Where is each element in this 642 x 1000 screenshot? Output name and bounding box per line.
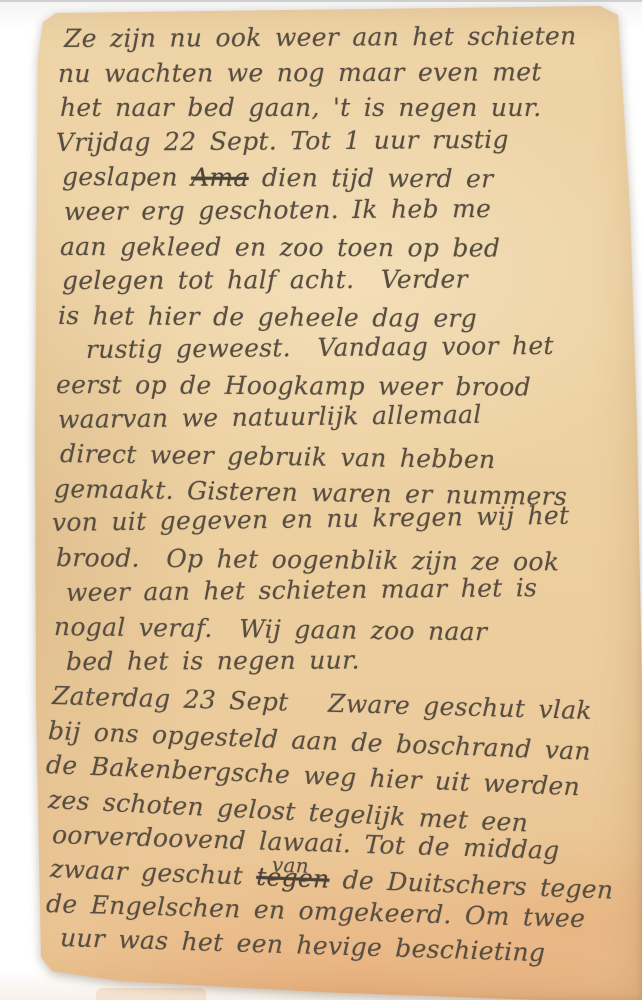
handwriting-line: Vrijdag 22 Sept. Tot 1 uur rustig — [56, 124, 624, 163]
handwriting-text: direct weer gebruik van hebben — [60, 439, 496, 474]
diary-page-paper: Ze zijn nu ook weer aan het schietennu w… — [0, 0, 642, 1000]
handwriting-text: nogal veraf. Wij gaan zoo naar — [54, 612, 487, 646]
handwriting-text: gelegen tot half acht. Verder — [62, 265, 468, 295]
inserted-correction-word: van — [272, 853, 273, 877]
handwriting-text: Ze zijn nu ook weer aan het schieten — [64, 21, 577, 53]
handwriting-text: zwaar geschut — [50, 854, 257, 891]
handwriting-text: von uit gegeven en nu kregen wij het — [52, 501, 570, 537]
handwriting-text: rustig geweest. Vandaag voor het — [86, 331, 554, 364]
handwriting-text: waarvan we natuurlijk allemaal — [58, 399, 482, 433]
handwriting-line: rustig geweest. Vandaag voor het — [86, 331, 624, 370]
handwriting-text: brood. Op het oogenblik zijn ze ook — [56, 543, 559, 576]
handwriting-text: is het hier de geheele dag erg — [58, 301, 477, 333]
handwriting-line: Ze zijn nu ook weer aan het schieten — [64, 21, 624, 59]
handwriting-text: weer aan het schieten maar het is — [66, 573, 538, 607]
handwriting-line: waarvan we natuurlijk allemaal — [58, 398, 624, 440]
handwriting-text: nu wachten we nog maar even met — [58, 57, 542, 88]
paper-shadow-wrap: Ze zijn nu ook weer aan het schietennu w… — [0, 0, 642, 1000]
handwriting-lines: Ze zijn nu ook weer aan het schietennu w… — [58, 24, 624, 958]
handwriting-text: eerst op de Hoogkamp weer brood — [56, 370, 531, 401]
handwriting-line: weer erg geschoten. Ik heb me — [64, 193, 624, 232]
handwriting-text: Vrijdag 22 Sept. Tot 1 uur rustig — [56, 125, 509, 157]
handwriting-line: nu wachten we nog maar even met — [58, 57, 624, 94]
handwriting-text: aan gekleed en zoo toen op bed — [60, 232, 500, 263]
handwriting-line: bed het is negen uur. — [66, 644, 624, 682]
handwriting-text: het naar bed gaan, 't is negen uur. — [60, 93, 542, 122]
handwriting-line: weer aan het schieten maar het is — [66, 572, 624, 612]
handwriting-line: von uit gegeven en nu kregen wij het — [52, 500, 624, 543]
handwriting-text: bed het is negen uur. — [66, 645, 360, 676]
handwriting-line: gelegen tot half acht. Verder — [62, 264, 624, 301]
handwriting-line: aan gekleed en zoo toen op bed — [60, 232, 624, 269]
struck-out-word: Ama — [191, 163, 249, 192]
handwriting-line: het naar bed gaan, 't is negen uur. — [60, 93, 624, 128]
handwriting-text: weer erg geschoten. Ik heb me — [64, 194, 491, 226]
handwriting-text: dien tijd werd er — [249, 163, 494, 193]
handwriting-text: geslapen — [62, 162, 191, 192]
